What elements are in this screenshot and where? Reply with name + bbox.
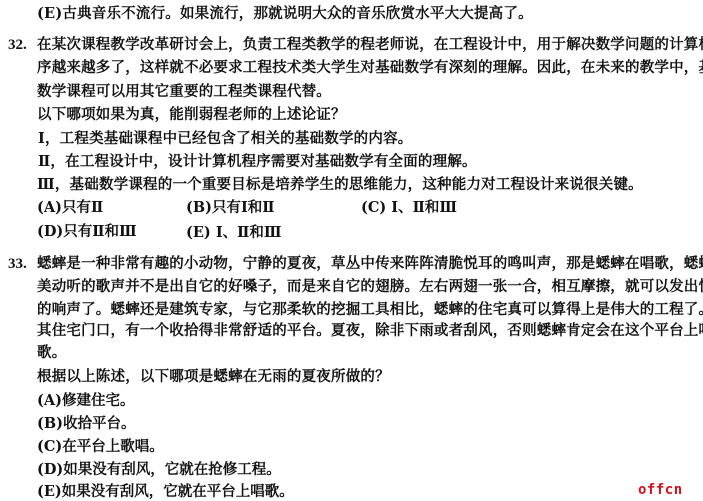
question-32-prompt: 以下哪项如果为真，能削弱程老师的上述论证？ — [37, 106, 346, 124]
question-32-option-e: (E) Ⅰ、Ⅱ和Ⅲ — [186, 224, 281, 242]
question-33-option-b: (B)收拾平台。 — [37, 415, 135, 433]
question-32-option-d: (D)只有Ⅱ和Ⅲ — [37, 223, 137, 241]
question-32-stem-line-1: 在某次课程教学改革研讨会上，负责工程类教学的程老师说，在工程设计中，用于解决数学… — [37, 36, 703, 54]
question-32-statement-2: Ⅱ，在工程设计中，设计计算机程序需要对基础数学有全面的理解。 — [38, 153, 477, 171]
offcn-watermark: offcn — [638, 482, 683, 498]
question-33-stem-line-5: 歌。 — [37, 344, 66, 362]
question-33-option-a: (A)修建住宅。 — [37, 392, 134, 410]
question-32-option-c: (C) Ⅰ、Ⅱ和Ⅲ — [361, 199, 457, 217]
question-32-stem-line-3: 数学课程可以用其它重要的工程类课程代替。 — [37, 83, 331, 101]
question-33-option-e: (E)如果没有刮风，它就在平台上唱歌。 — [37, 483, 294, 501]
prev-question-option-e: (E)古典音乐不流行。如果流行，那就说明大众的音乐欣赏水平大大提高了。 — [37, 5, 533, 23]
question-32-statement-1: Ⅰ，工程类基础课程中已经包含了相关的基础数学的内容。 — [38, 130, 412, 148]
question-33-stem-line-3: 的响声了。蟋蟀还是建筑专家，与它那柔软的挖掘工具相比，蟋蟀的住宅真可以算得上是伟… — [37, 301, 703, 319]
question-32-option-b: (B)只有Ⅰ和Ⅱ — [186, 199, 274, 217]
question-33-option-c: (C)在平台上歌唱。 — [37, 438, 164, 456]
question-33-stem-line-4: 其住宅门口，有一个收拾得非常舒适的平台。夏夜，除非下雨或者刮风，否则蟋蟀肯定会在… — [37, 322, 703, 340]
question-32-statement-3: Ⅲ，基础数学课程的一个重要目标是培养学生的思维能力，这种能力对工程设计来说很关键… — [37, 176, 643, 194]
question-33-prompt: 根据以上陈述，以下哪项是蟋蟀在无雨的夏夜所做的？ — [37, 368, 390, 386]
question-32-option-a: (A)只有Ⅱ — [37, 199, 103, 217]
question-33-stem-line-2: 美动听的歌声并不是出自它的好嗓子，而是来自它的翅膀。左右两翅一张一合，相互摩擦，… — [37, 278, 703, 296]
question-33-stem-line-1: 蟋蟀是一种非常有趣的小动物，宁静的夏夜，草丛中传来阵阵清脆悦耳的鸣叫声，那是蟋蟀… — [37, 255, 703, 273]
question-32-number: 32. — [8, 36, 27, 54]
question-32-stem-line-2: 序越来越多了，这样就不必要求工程技术类大学生对基础数学有深刻的理解。因此，在未来… — [37, 59, 703, 77]
question-33-number: 33. — [8, 255, 27, 273]
question-33-option-d: (D)如果没有刮风，它就在抢修工程。 — [37, 461, 281, 479]
